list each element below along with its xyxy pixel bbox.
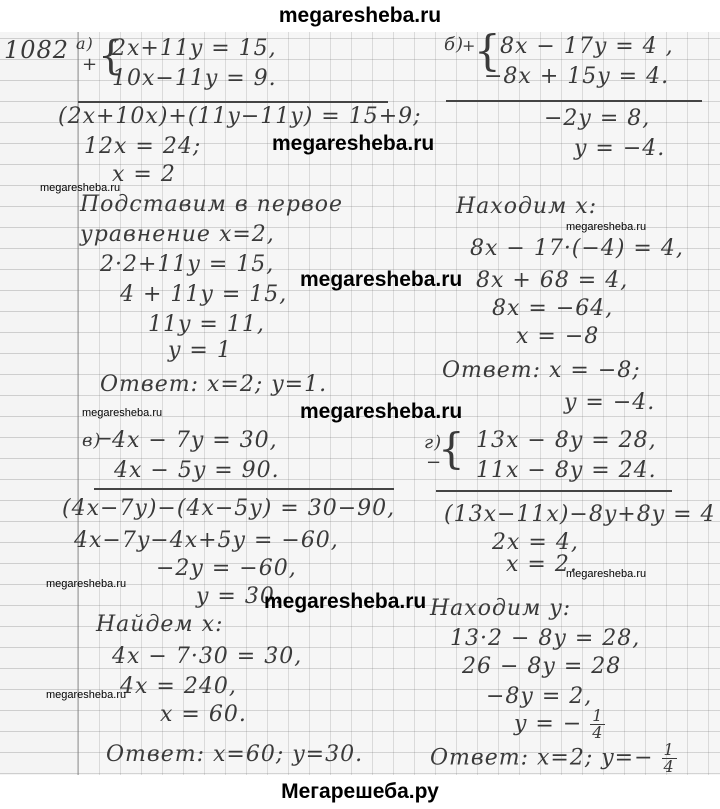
site-footer: Мегарешеба.ру: [0, 775, 720, 809]
problem-number: 1082: [4, 36, 69, 64]
part-g-eq1: 13x − 8y = 28,: [476, 428, 657, 453]
part-v-step: 4x − 7·30 = 30,: [112, 644, 302, 669]
watermark: megaresheba.ru: [272, 132, 434, 156]
part-b-answer-line2: y = −4.: [564, 390, 655, 415]
watermark: megaresheba.ru: [82, 407, 162, 419]
part-b-rule: [446, 100, 702, 102]
watermark: megaresheba.ru: [300, 268, 462, 292]
part-a-rule: [78, 101, 388, 103]
part-g-answer-fraction: 1 4: [662, 742, 677, 775]
part-a-step: (2x+10x)+(11y−11y) = 15+9;: [58, 104, 422, 129]
part-b-step: y = −4.: [574, 136, 665, 161]
part-b-step: 8x + 68 = 4,: [476, 268, 628, 293]
fraction-denominator: 4: [662, 759, 677, 775]
part-b-step: Находим x:: [456, 194, 597, 219]
part-v-step: −2y = −60,: [156, 556, 297, 581]
part-g-step: (13x−11x)−8y+8y = 4: [444, 502, 716, 527]
part-a-sign: +: [82, 54, 98, 75]
part-g-step: −8y = 2,: [486, 684, 592, 709]
part-v-rule: [94, 488, 394, 490]
part-b-eq1: 8x − 17y = 4 ,: [500, 34, 674, 59]
part-b-answer-line1: Ответ: x = −8;: [442, 358, 641, 383]
part-b-label: б): [444, 34, 464, 55]
notebook-margin: [0, 32, 77, 775]
part-g-y-fraction: 1 4: [590, 708, 605, 741]
watermark: megaresheba.ru: [40, 182, 120, 194]
part-b-eq2: −8x + 15y = 4.: [484, 64, 669, 89]
part-v-step: 4x = 240,: [120, 674, 237, 699]
part-a-step: 11y = 11,: [148, 312, 265, 337]
part-a-label: а): [76, 34, 94, 53]
part-g-eq2: 11x − 8y = 24.: [476, 458, 657, 483]
part-b-step: x = −8: [516, 324, 599, 349]
watermark: megaresheba.ru: [46, 578, 126, 590]
part-a-step: x = 2: [112, 162, 176, 187]
part-g-step: Находим y:: [430, 596, 571, 621]
part-v-step: x = 60.: [160, 702, 247, 727]
part-g-y-result: y = − 1 4: [514, 708, 605, 741]
fraction-denominator: 4: [590, 725, 605, 741]
part-a-answer: Ответ: x=2; y=1.: [100, 372, 327, 397]
part-g-step: 26 − 8y = 28: [462, 654, 621, 679]
part-v-step: 4x−7y−4x+5y = −60,: [74, 528, 339, 553]
part-a-step: 4 + 11y = 15,: [120, 282, 287, 307]
watermark: megaresheba.ru: [264, 590, 426, 614]
part-v-step: (4x−7y)−(4x−5y) = 30−90,: [62, 496, 395, 521]
part-a-step: 12x = 24;: [84, 134, 201, 159]
part-g-y-prefix: y = −: [514, 712, 582, 737]
part-b-step: 8x = −64,: [492, 296, 613, 321]
part-v-answer: Ответ: x=60; y=30.: [106, 742, 363, 767]
part-b-step: −2y = 8,: [544, 106, 650, 131]
part-v-eq1: 4x − 7y = 30,: [112, 428, 278, 453]
part-g-answer-prefix: Ответ: x=2; y=−: [430, 746, 654, 771]
part-g-step: 13·2 − 8y = 28,: [450, 626, 640, 651]
part-g-brace: {: [438, 428, 465, 470]
part-a-step: Подставим в первое: [80, 192, 343, 217]
part-v-step: Найдем x:: [96, 612, 224, 637]
watermark: megaresheba.ru: [300, 400, 462, 424]
part-a-step: 2·2+11y = 15,: [100, 252, 274, 277]
part-a-step: уравнение x=2,: [80, 222, 275, 247]
part-a-eq1: 2x+11y = 15,: [112, 36, 277, 61]
part-b-step: 8x − 17·(−4) = 4,: [470, 236, 684, 261]
part-g-answer: Ответ: x=2; y=− 1 4: [430, 742, 677, 775]
part-g-rule: [436, 490, 672, 492]
part-a-eq2: 10x−11y = 9.: [112, 66, 277, 91]
margin-line: [77, 32, 79, 775]
watermark: megaresheba.ru: [46, 689, 126, 701]
site-header: megaresheba.ru: [0, 0, 720, 32]
watermark: megaresheba.ru: [566, 221, 646, 233]
part-v-eq2: 4x − 5y = 90.: [114, 458, 280, 483]
watermark: megaresheba.ru: [566, 568, 646, 580]
part-a-step: y = 1: [168, 338, 232, 363]
